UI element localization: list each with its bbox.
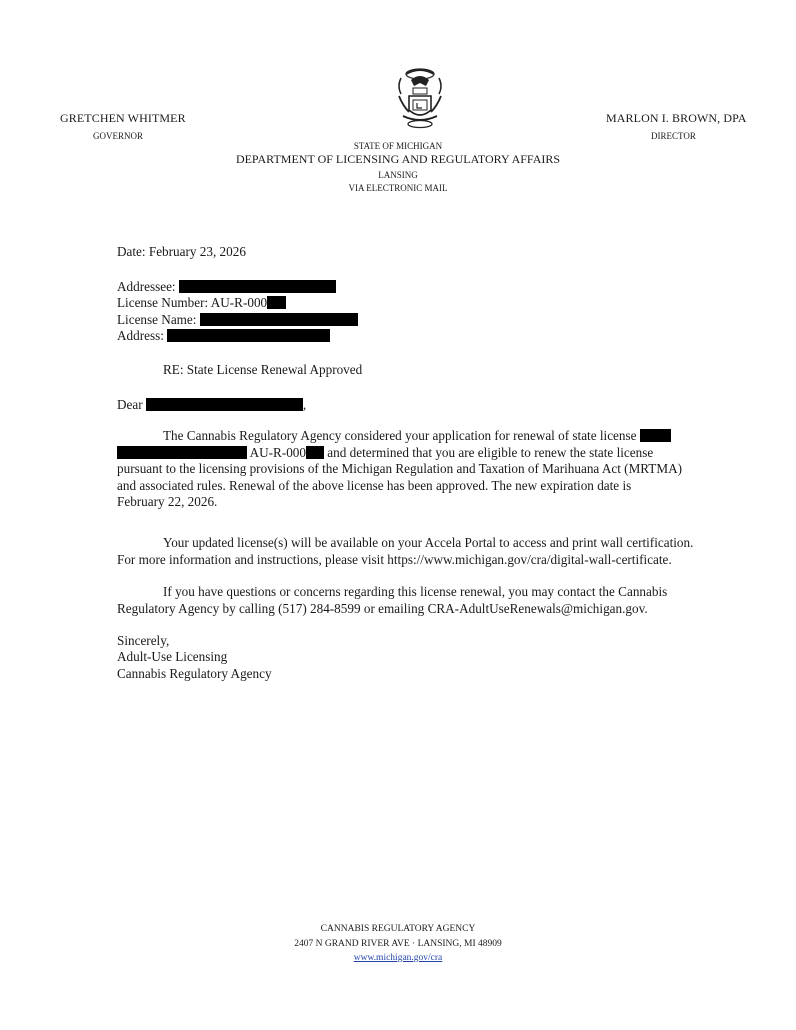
redaction-bar	[167, 329, 330, 342]
license-name-label: License Name:	[117, 312, 196, 327]
footer-website-link[interactable]: www.michigan.gov/cra	[354, 953, 443, 963]
paragraph-contact-info: If you have questions or concerns regard…	[117, 584, 662, 617]
address-label: Address:	[117, 328, 164, 343]
address-line: Address:	[117, 328, 330, 344]
license-number-label: License Number: AU-R-000	[117, 295, 267, 310]
redaction-bar	[640, 429, 671, 442]
director-title: DIRECTOR	[651, 131, 696, 141]
department-name: DEPARTMENT OF LICENSING AND REGULATORY A…	[0, 152, 796, 167]
governor-title: GOVERNOR	[93, 131, 143, 141]
signature-line-2: Cannabis Regulatory Agency	[117, 666, 272, 682]
letter-date: Date: February 23, 2026	[117, 244, 246, 260]
addressee-line: Addressee:	[117, 279, 336, 295]
redaction-bar	[179, 280, 336, 293]
signature-line-1: Adult-Use Licensing	[117, 649, 227, 665]
license-number-line: License Number: AU-R-000	[117, 295, 286, 311]
redaction-bar	[200, 313, 358, 326]
governor-name: GRETCHEN WHITMER	[60, 111, 186, 126]
footer: CANNABIS REGULATORY AGENCY 2407 N GRAND …	[0, 922, 796, 966]
closing: Sincerely,	[117, 633, 169, 649]
footer-agency: CANNABIS REGULATORY AGENCY	[0, 922, 796, 937]
director-name: MARLON I. BROWN, DPA	[606, 111, 747, 126]
state-label: STATE OF MICHIGAN	[0, 141, 796, 151]
salutation-line: Dear ,	[117, 397, 306, 413]
michigan-state-seal-icon	[391, 66, 449, 130]
license-name-line: License Name:	[117, 312, 358, 328]
delivery-method: VIA ELECTRONIC MAIL	[0, 183, 796, 193]
city-label: LANSING	[0, 170, 796, 180]
letter-subject: RE: State License Renewal Approved	[163, 362, 362, 378]
paragraph-renewal-decision: The Cannabis Regulatory Agency considere…	[117, 428, 662, 511]
redaction-bar	[146, 398, 303, 411]
redaction-bar	[117, 446, 247, 459]
paragraph-portal-info: Your updated license(s) will be availabl…	[117, 535, 662, 568]
footer-address: 2407 N GRAND RIVER AVE · LANSING, MI 489…	[0, 937, 796, 952]
salutation: Dear	[117, 397, 143, 412]
addressee-label: Addressee:	[117, 279, 176, 294]
redaction-bar	[267, 296, 286, 309]
redaction-bar	[306, 446, 324, 459]
